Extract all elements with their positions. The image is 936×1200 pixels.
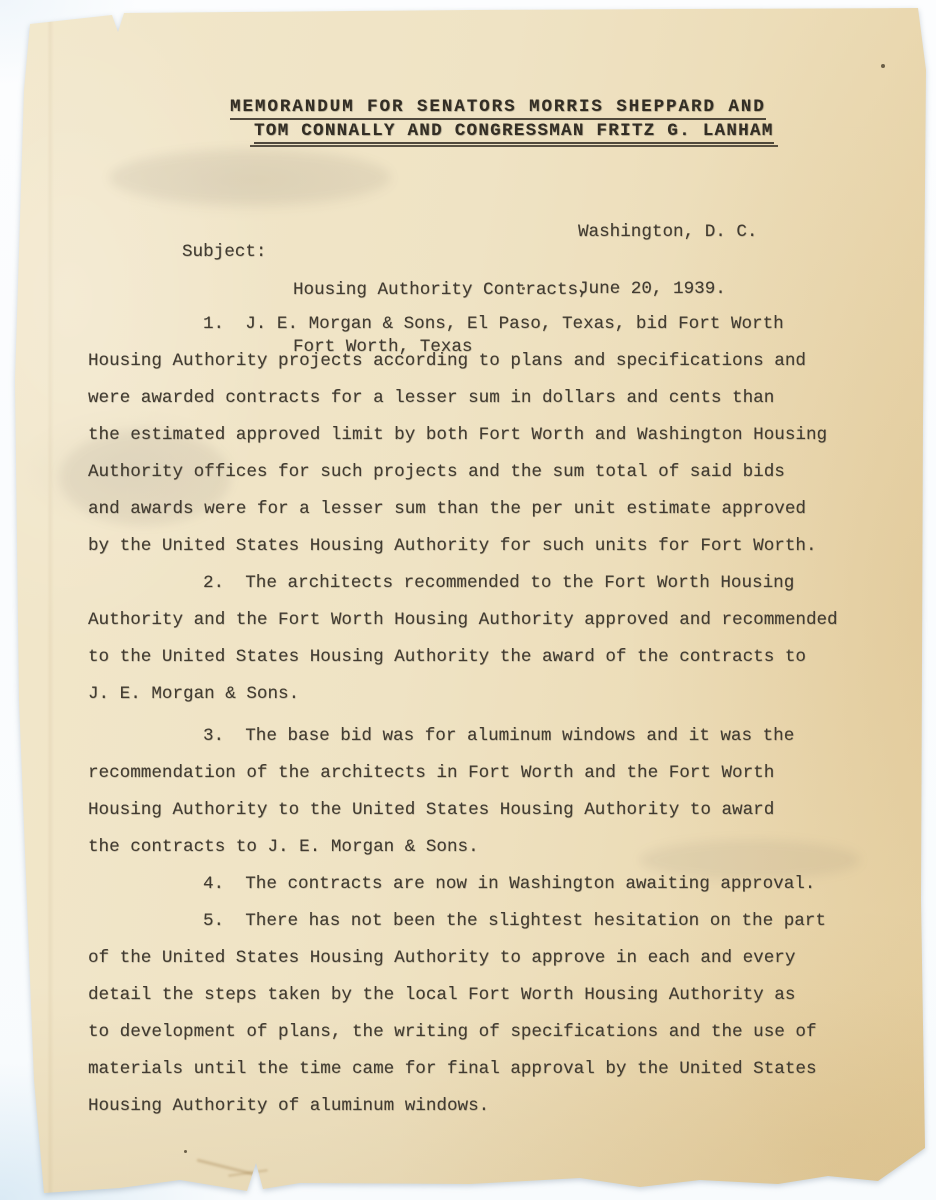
- memo-body-line: Housing Authority of aluminum windows.: [88, 1088, 888, 1125]
- memo-body-line: the contracts to J. E. Morgan & Sons.: [88, 829, 888, 866]
- memo-body-line: were awarded contracts for a lesser sum …: [88, 380, 888, 417]
- memo-dateline-place: Washington, D. C.: [578, 223, 758, 242]
- memo-body-line: 3. The base bid was for aluminum windows…: [88, 718, 888, 755]
- memo-body-line: materials until the time came for final …: [88, 1051, 888, 1088]
- memo-body-line: of the United States Housing Authority t…: [88, 940, 888, 977]
- memo-body-line: 2. The architects recommended to the For…: [88, 565, 888, 602]
- memo-body-line: J. E. Morgan & Sons.: [88, 676, 888, 713]
- memo-body-line: detail the steps taken by the local Fort…: [88, 977, 888, 1014]
- memo-body: 1. J. E. Morgan & Sons, El Paso, Texas, …: [88, 306, 888, 1125]
- memo-heading-line1: MEMORANDUM FOR SENATORS MORRIS SHEPPARD …: [230, 97, 766, 120]
- memo-body-line: 5. There has not been the slightest hesi…: [88, 903, 888, 940]
- memo-subject-label: Subject:: [182, 243, 266, 262]
- memo-content: MEMORANDUM FOR SENATORS MORRIS SHEPPARD …: [0, 0, 936, 1200]
- memo-dateline-date: June 20, 1939.: [578, 280, 758, 299]
- scanner-background: MEMORANDUM FOR SENATORS MORRIS SHEPPARD …: [0, 0, 936, 1200]
- memo-body-line: Housing Authority projects according to …: [88, 343, 888, 380]
- memo-body-line: the estimated approved limit by both For…: [88, 417, 888, 454]
- memo-body-line: to development of plans, the writing of …: [88, 1014, 888, 1051]
- memo-heading-line2: TOM CONNALLY AND CONGRESSMAN FRITZ G. LA…: [254, 121, 774, 144]
- memo-body-line: Housing Authority to the United States H…: [88, 792, 888, 829]
- memo-subject-line1: Housing Authority Contracts,: [293, 281, 589, 300]
- memo-body-line: Authority offices for such projects and …: [88, 454, 888, 491]
- memo-body-line: 1. J. E. Morgan & Sons, El Paso, Texas, …: [88, 306, 888, 343]
- memo-body-line: 4. The contracts are now in Washington a…: [88, 866, 888, 903]
- memo-body-line: by the United States Housing Authority f…: [88, 528, 888, 565]
- memo-body-line: and awards were for a lesser sum than th…: [88, 491, 888, 528]
- memo-body-line: Authority and the Fort Worth Housing Aut…: [88, 602, 888, 639]
- memo-body-line: recommendation of the architects in Fort…: [88, 755, 888, 792]
- memo-body-line: to the United States Housing Authority t…: [88, 639, 888, 676]
